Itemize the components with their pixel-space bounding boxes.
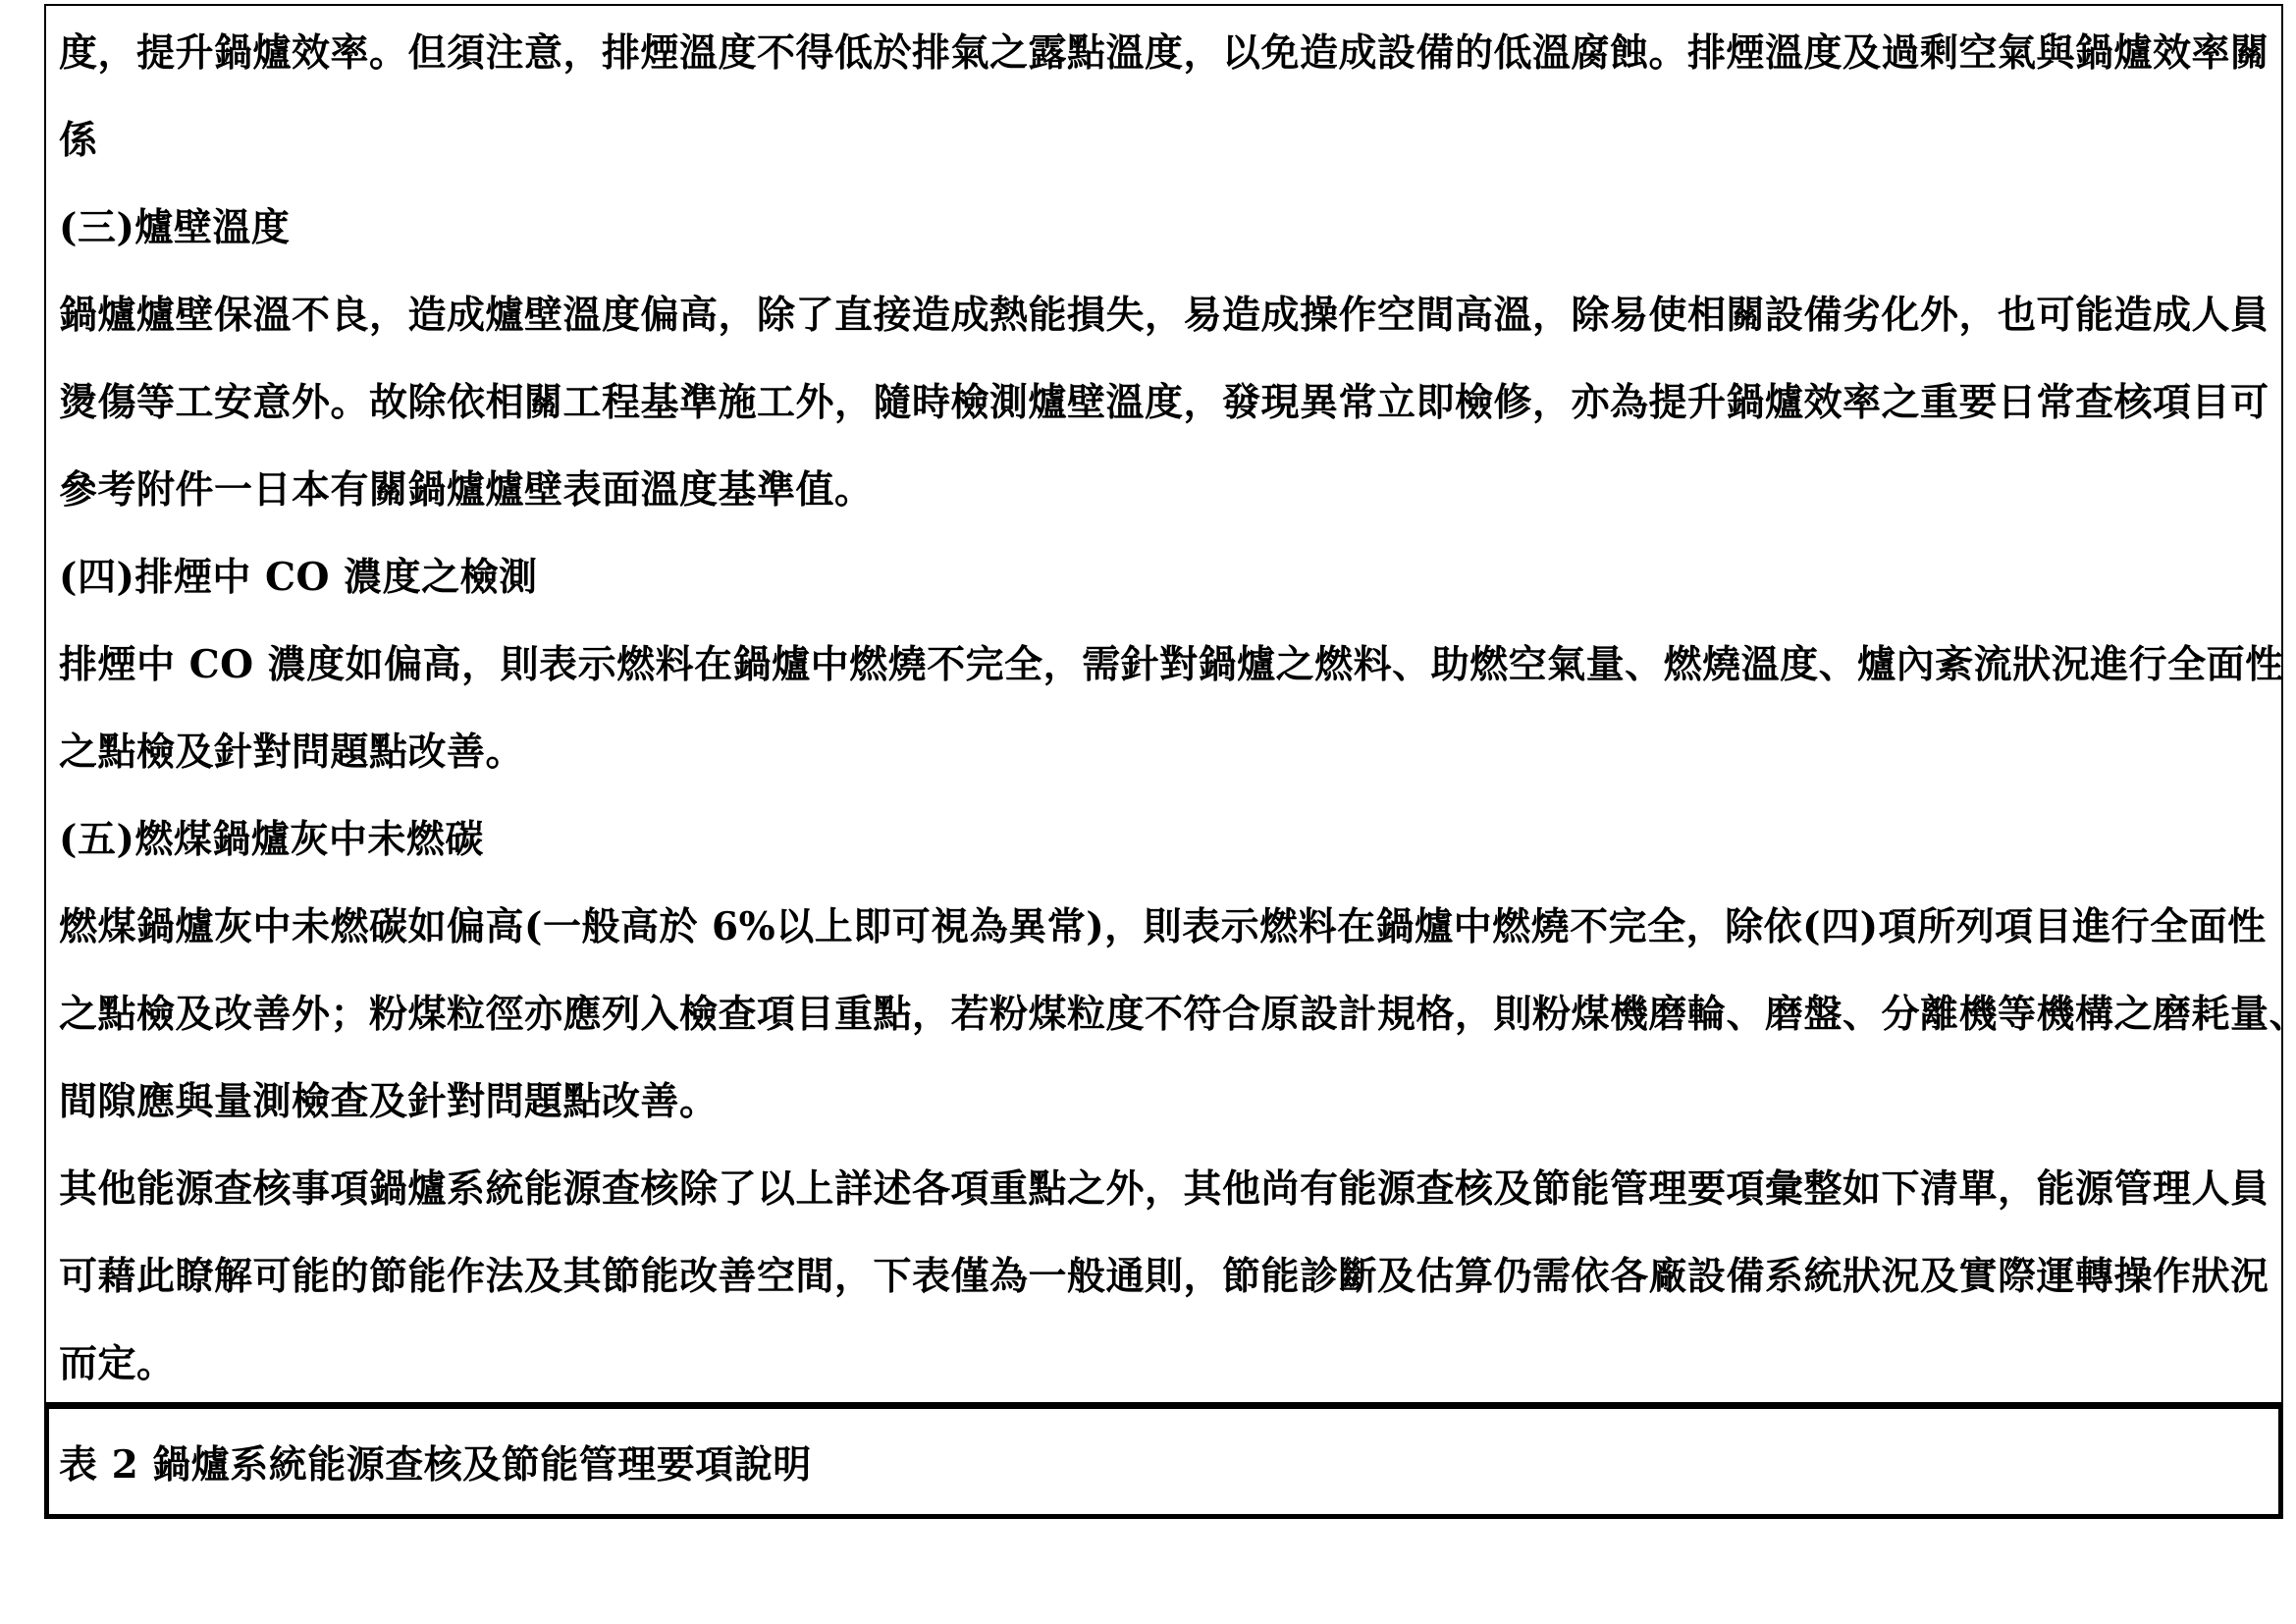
main-text-box: 度，提升鍋爐效率。但須注意，排煙溫度不得低於排氣之露點溫度，以免造成設備的低溫腐… [44, 4, 2283, 1404]
table-caption-box: 表 2 鍋爐系統能源查核及節能管理要項說明 [44, 1404, 2283, 1519]
text-line-15: 可藉此瞭解可能的節能作法及其節能改善空間，下表僅為一般通則，節能診斷及估算仍需依… [59, 1233, 2273, 1321]
text-line-14: 其他能源查核事項鍋爐系統能源查核除了以上詳述各項重點之外，其他尚有能源查核及節能… [59, 1146, 2273, 1233]
text-line-9: 之點檢及針對問題點改善。 [59, 709, 2273, 796]
text-line-3: (三)爐壁溫度 [59, 185, 2273, 272]
text-line-11: 燃煤鍋爐灰中未燃碳如偏高(一般高於 6%以上即可視為異常)，則表示燃料在鍋爐中燃… [59, 884, 2273, 971]
text-line-6: 參考附件一日本有關鍋爐爐壁表面溫度基準值。 [59, 447, 2273, 534]
text-line-2: 係 [59, 97, 2273, 185]
table-caption: 表 2 鍋爐系統能源查核及節能管理要項說明 [49, 1435, 812, 1489]
text-line-7: (四)排煙中 CO 濃度之檢測 [59, 534, 2273, 622]
text-line-16: 而定。 [59, 1321, 2273, 1404]
text-flow: 度，提升鍋爐效率。但須注意，排煙溫度不得低於排氣之露點溫度，以免造成設備的低溫腐… [46, 6, 2281, 1404]
text-line-12: 之點檢及改善外；粉煤粒徑亦應列入檢查項目重點，若粉煤粒度不符合原設計規格，則粉煤… [59, 971, 2273, 1058]
text-line-13: 間隙應與量測檢查及針對問題點改善。 [59, 1058, 2273, 1146]
text-line-10: (五)燃煤鍋爐灰中未燃碳 [59, 796, 2273, 884]
text-line-4: 鍋爐爐壁保溫不良，造成爐壁溫度偏高，除了直接造成熱能損失，易造成操作空間高溫，除… [59, 272, 2273, 359]
text-line-5: 燙傷等工安意外。故除依相關工程基準施工外，隨時檢測爐壁溫度，發現異常立即檢修，亦… [59, 359, 2273, 447]
text-line-8: 排煙中 CO 濃度如偏高，則表示燃料在鍋爐中燃燒不完全，需針對鍋爐之燃料、助燃空… [59, 622, 2273, 709]
text-line-1: 度，提升鍋爐效率。但須注意，排煙溫度不得低於排氣之露點溫度，以免造成設備的低溫腐… [59, 10, 2273, 97]
document-page: 度，提升鍋爐效率。但須注意，排煙溫度不得低於排氣之露點溫度，以免造成設備的低溫腐… [0, 0, 2296, 1624]
